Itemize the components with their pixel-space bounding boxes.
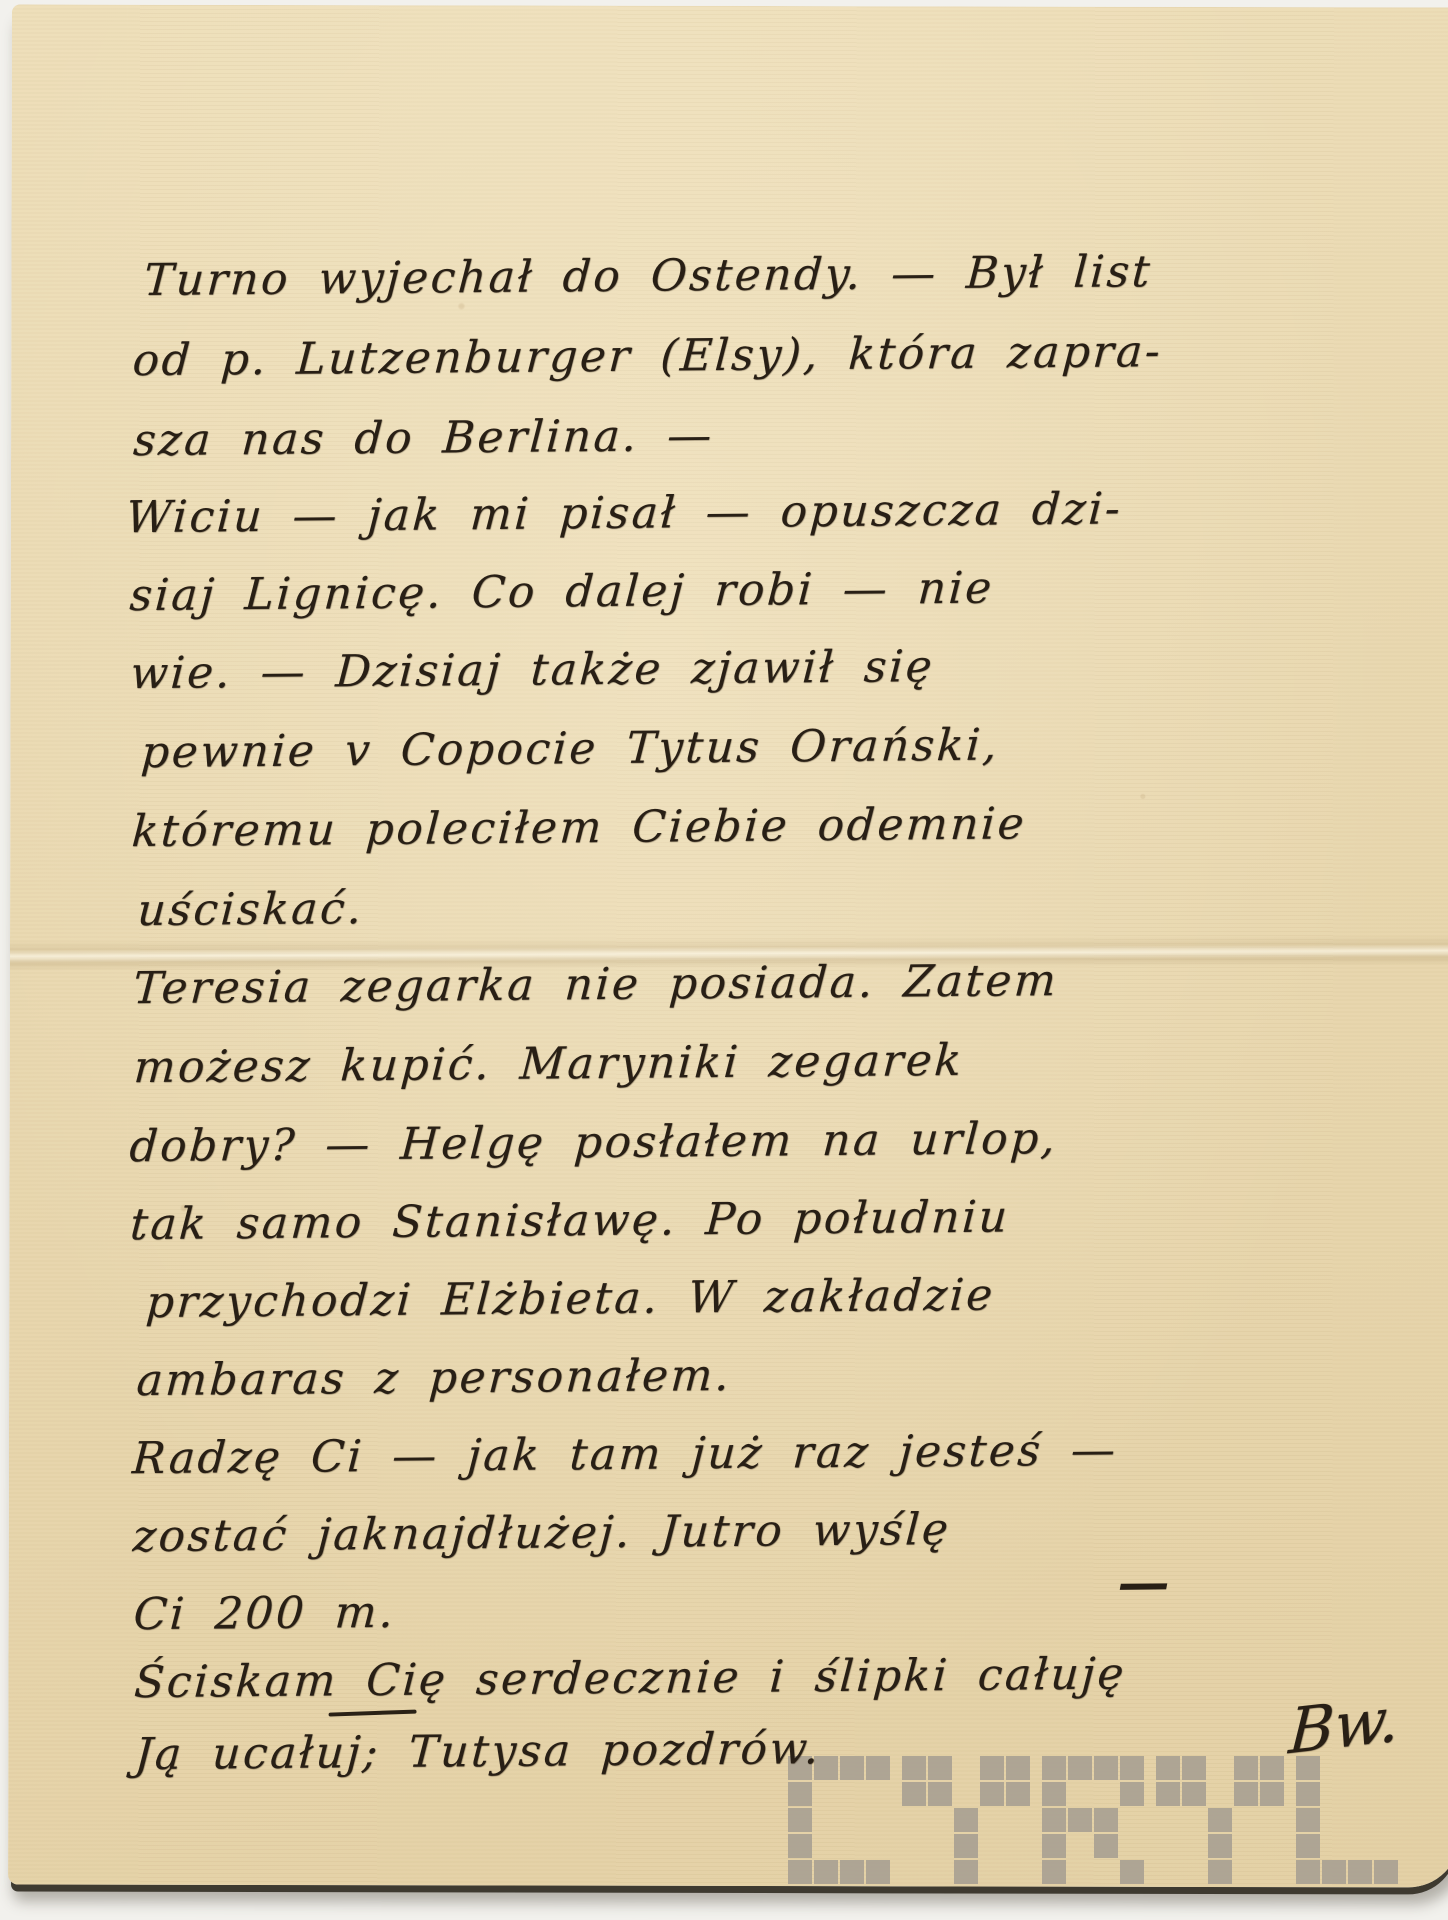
letter-line: zostać jaknajdłużej. Jutro wyślę bbox=[131, 1504, 952, 1562]
letter-line: uściskać. bbox=[136, 883, 365, 936]
letter-line: Ją ucałuj; Tutysa pozdrów. bbox=[133, 1723, 822, 1780]
dash-mark: — bbox=[1117, 1552, 1170, 1613]
letter-body: — Bw. Turno wyjechał do Ostendy. — Był l… bbox=[0, 0, 1448, 1920]
letter-line: sza nas do Berlina. — bbox=[132, 410, 715, 466]
letter-line: Wiciu — jak mi pisał — opuszcza dzi- bbox=[125, 483, 1124, 543]
letter-line: siaj Lignicę. Co dalej robi — nie bbox=[128, 563, 995, 622]
letter-line: Teresia zegarka nie posiada. Zatem bbox=[132, 955, 1060, 1014]
letter-line: pewnie v Copocie Tytus Orański, bbox=[140, 720, 1001, 779]
letter-line: któremu poleciłem Ciebie odemnie bbox=[130, 798, 1027, 857]
letter-line: przychodzi Elżbieta. W zakładzie bbox=[144, 1270, 996, 1328]
letter-line: Ściskam Cię serdecznie i ślipki całuję bbox=[133, 1649, 1128, 1709]
underline-stroke bbox=[329, 1710, 417, 1717]
letter-line: od p. Lutzenburger (Elsy), która zapra- bbox=[131, 326, 1164, 386]
letter-line: ambaras z personałem. bbox=[135, 1350, 733, 1406]
letter-line: wie. — Dzisiaj także zjawił się bbox=[129, 641, 936, 699]
letter-line: Ci 200 m. bbox=[132, 1587, 397, 1640]
letter-line: możesz kupić. Maryniki zegarek bbox=[132, 1035, 965, 1093]
letter-line: Radzę Ci — jak tam już raz jesteś — bbox=[131, 1425, 1119, 1485]
letter-line: tak samo Stanisławę. Po południu bbox=[129, 1192, 1011, 1251]
signature: Bw. bbox=[1287, 1682, 1402, 1769]
letter-line: Turno wyjechał do Ostendy. — Był list bbox=[142, 246, 1153, 306]
letter-line: dobry? — Helgę posłałem na urlop, bbox=[128, 1113, 1059, 1172]
scan-background: { "document": { "kind": "handwritten-let… bbox=[0, 0, 1448, 1920]
